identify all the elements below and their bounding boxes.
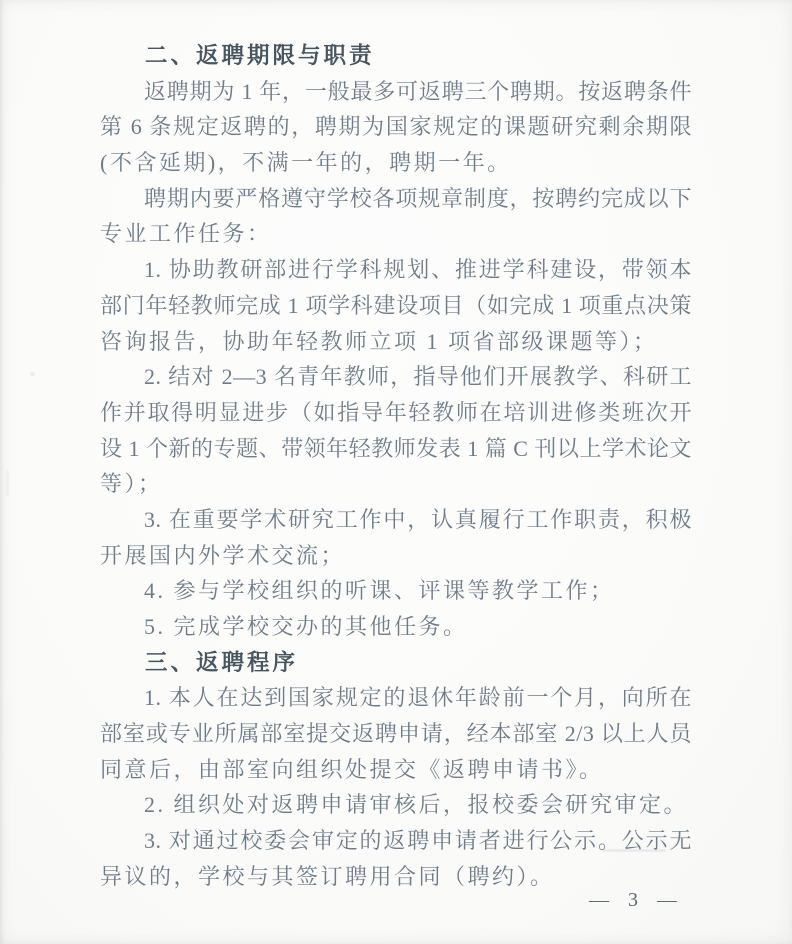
doc-line: 部门年轻教师完成 1 项学科建设项目（如完成 1 项重点决策 <box>100 288 692 324</box>
scan-speck <box>6 470 9 496</box>
doc-line: 返聘期为 1 年，一般最多可返聘三个聘期。按返聘条件 <box>100 74 692 110</box>
doc-line: 开展国内外学术交流； <box>100 538 692 574</box>
doc-list-item-1: 1. 协助教研部进行学科规划、推进学科建设，带领本 <box>100 252 692 288</box>
document-body: 二、返聘期限与职责 返聘期为 1 年，一般最多可返聘三个聘期。按返聘条件 第 6… <box>100 38 692 895</box>
doc-line: 咨询报告，协助年轻教师立项 1 项省部级课题等）； <box>100 324 692 360</box>
page-left-edge-shadow <box>0 0 4 944</box>
doc-list-item-5: 5. 完成学校交办的其他任务。 <box>100 609 692 645</box>
scan-speck <box>30 372 35 376</box>
doc-list-item-4: 4. 参与学校组织的听课、评课等教学工作； <box>100 573 692 609</box>
doc-list-item-3: 3. 对通过校委会审定的返聘申请者进行公示。公示无 <box>100 823 692 859</box>
scanned-document-page: 二、返聘期限与职责 返聘期为 1 年，一般最多可返聘三个聘期。按返聘条件 第 6… <box>0 0 792 944</box>
doc-list-item-2: 2. 结对 2—3 名青年教师，指导他们开展教学、科研工 <box>100 359 692 395</box>
doc-list-item-2: 2. 组织处对返聘申请审核后，报校委会研究审定。 <box>100 787 692 823</box>
section-heading-2: 二、返聘期限与职责 <box>100 38 692 74</box>
doc-list-item-3: 3. 在重要学术研究工作中，认真履行工作职责，积极 <box>100 502 692 538</box>
doc-line: 作并取得明显进步（如指导年轻教师在培训进修类班次开 <box>100 395 692 431</box>
doc-line: 设 1 个新的专题、带领年轻教师发表 1 篇 C 刊以上学术论文 <box>100 431 692 467</box>
doc-line: 部室或专业所属部室提交返聘申请，经本部室 2/3 以上人员 <box>100 716 692 752</box>
doc-line: 同意后，由部室向组织处提交《返聘申请书》。 <box>100 752 692 788</box>
doc-line: 第 6 条规定返聘的，聘期为国家规定的课题研究剩余期限 <box>100 109 692 145</box>
doc-line: 等）； <box>100 466 692 502</box>
page-number: — 3 — <box>589 888 684 912</box>
section-heading-3: 三、返聘程序 <box>100 645 692 681</box>
doc-list-item-1: 1. 本人在达到国家规定的退休年龄前一个月，向所在 <box>100 680 692 716</box>
doc-line: 聘期内要严格遵守学校各项规章制度，按聘约完成以下 <box>100 181 692 217</box>
doc-line: 专业工作任务： <box>100 216 692 252</box>
doc-line: (不含延期)，不满一年的，聘期一年。 <box>100 145 692 181</box>
